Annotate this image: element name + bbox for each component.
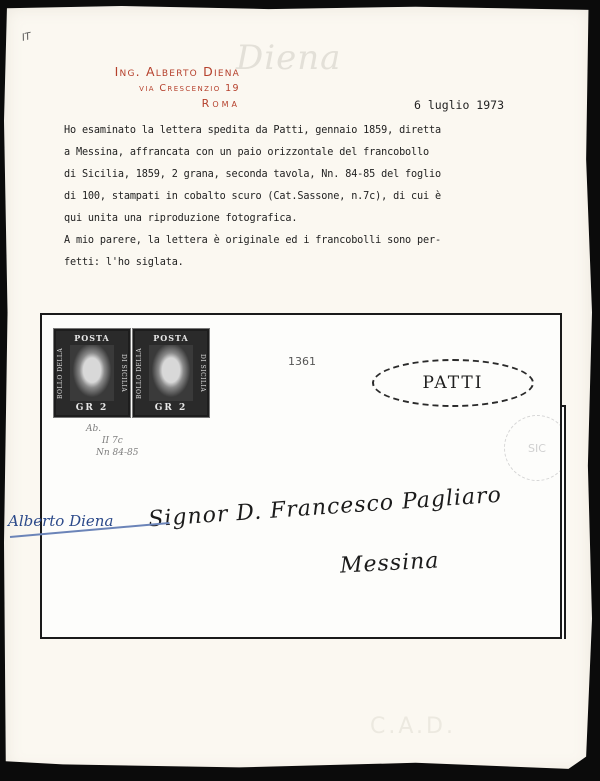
- letterhead-name: Ing. Alberto Diena: [58, 64, 240, 79]
- address-recipient: Signor D. Francesco Pagliaro: [148, 483, 503, 533]
- stamp: POSTA BOLLO DELLA DI SICILIA GR 2: [54, 329, 130, 417]
- letterhead-city: Roma: [58, 97, 240, 110]
- body-line: di Sicilia, 1859, 2 grana, seconda tavol…: [64, 164, 584, 186]
- pencil-note: Nn 84-85: [86, 447, 138, 459]
- postmark-text: PATTI: [423, 373, 484, 393]
- pencil-note: Ab.: [86, 423, 138, 435]
- body-line: qui unita una riproduzione fotografica.: [64, 208, 584, 230]
- stamp-right-label: DI SICILIA: [117, 345, 127, 401]
- letterhead-address: via Crescenzio 19: [58, 83, 240, 94]
- letterhead: Ing. Alberto Diena via Crescenzio 19 Rom…: [58, 64, 240, 110]
- address-city: Messina: [339, 548, 440, 578]
- patti-postmark: PATTI: [372, 359, 534, 407]
- body-line: di 100, stampati in cobalto scuro (Cat.S…: [64, 186, 584, 208]
- stamp-top-label: POSTA: [56, 333, 128, 343]
- pencil-notes: Ab. II 7c Nn 84-85: [86, 423, 138, 459]
- stamp-right-label: DI SICILIA: [196, 345, 206, 401]
- pencil-mark: IT: [21, 31, 32, 44]
- certificate-body: Ho esaminato la lettera spedita da Patti…: [64, 120, 584, 274]
- pencil-note: II 7c: [86, 435, 138, 447]
- certificate-date: 6 luglio 1973: [414, 98, 504, 112]
- faint-postmark: SIC: [504, 415, 562, 481]
- stamp-pair: POSTA BOLLO DELLA DI SICILIA GR 2 POSTA …: [54, 329, 212, 417]
- body-line: A mio parere, la lettera è originale ed …: [64, 230, 584, 252]
- stamp-value: GR 2: [56, 403, 128, 413]
- stamp: POSTA BOLLO DELLA DI SICILIA GR 2: [133, 329, 209, 417]
- letter-photograph: POSTA BOLLO DELLA DI SICILIA GR 2 POSTA …: [40, 313, 562, 639]
- stamp-left-label: BOLLO DELLA: [57, 345, 67, 401]
- embossed-seal: C.A.D.: [370, 714, 456, 739]
- catalog-number: 1361: [288, 355, 316, 368]
- stamp-top-label: POSTA: [135, 333, 207, 343]
- king-portrait-icon: [70, 345, 114, 401]
- king-portrait-icon: [149, 345, 193, 401]
- body-line: Ho esaminato la lettera spedita da Patti…: [64, 120, 584, 142]
- watermark: Diena: [236, 38, 341, 78]
- stamp-value: GR 2: [135, 403, 207, 413]
- body-line: fetti: l'ho siglata.: [64, 252, 584, 274]
- stamp-left-label: BOLLO DELLA: [136, 345, 146, 401]
- body-line: a Messina, affrancata con un paio orizzo…: [64, 142, 584, 164]
